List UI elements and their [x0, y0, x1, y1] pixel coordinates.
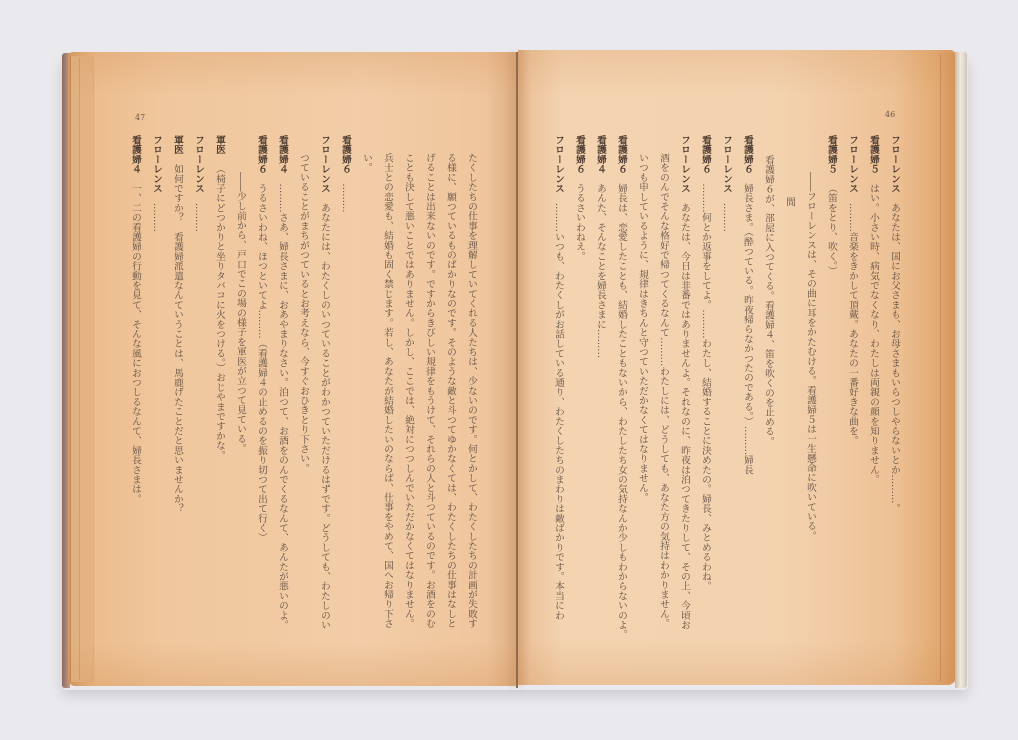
dialogue-text: うるさいわねえ。	[574, 184, 585, 262]
dialogue-text: ………	[721, 203, 732, 232]
dialogue-text: たくしたちの仕事を理解していてくれる人たちは、少ないのです。何とかして、わたくし…	[466, 153, 477, 628]
left-page-stack-edge	[70, 56, 94, 682]
script-line: フローレンス………いつも、わたくしがお話している通り、わたくしたちのまわりは敵ば…	[548, 135, 569, 655]
right-page-text: フローレンスあなたは、国にお父さまも、お母さまもいらつしやらないとか………。 看…	[548, 135, 905, 655]
script-line-continuation: たくしたちの仕事を理解していてくれる人たちは、少ないのです。何とかして、わたくし…	[461, 135, 482, 655]
dialogue-text: 婦長は、恋愛したことも、結婚したこともないから、わたしたち女の気持なんか少しもわ…	[616, 184, 627, 640]
dialogue-text: うるさいわね、ほつといてよ………（看護婦４の止めるのを振り切つて出て行く）	[256, 184, 267, 543]
speaker-label: フローレンス	[847, 135, 858, 193]
stage-direction: ――少し前から、戸口でこの場の様子を軍医が立つて見ている。	[230, 135, 251, 655]
dialogue-text: ………	[340, 184, 351, 213]
dialogue-text: （椅子にどつかりと坐りタバコに火をつける。）おじやまですかな。	[214, 164, 225, 460]
speaker-label: 看護婦４	[595, 135, 606, 174]
dialogue-text: ………何とか返事をしてよ。………わたし、結婚することに決めたの。婦長、みとめるわ…	[700, 184, 711, 591]
script-line: フローレンスあなたは、今日は非番ではありませんよ。それなのに、昨夜は泊つてきたり…	[674, 135, 695, 655]
script-line: 看護婦４あんた、そんなことを婦長さまに………	[590, 135, 611, 655]
speaker-label: フローレンス	[679, 135, 690, 193]
dialogue-text: る様に、願つているものばかりなのです。そのような敵と斗つてゆかなくては、わたくし…	[445, 153, 456, 628]
dialogue-text: 一、二の看護婦の行動を見て、そんな風におつしるなんて、婦長さまは。	[130, 184, 141, 504]
script-line: 看護婦６うるさいわねえ。	[569, 135, 590, 655]
speaker-label: 看護婦６	[700, 135, 711, 174]
dialogue-text: はい。小さい時、病気でなくなり、わたしは両親の顔を知りません。	[868, 184, 879, 485]
dialogue-text: ………	[151, 203, 162, 232]
dialogue-text: ………さあ、婦長さまに、おあやまりなさい。泊つて、お酒をのんでくるなんて、あんた…	[277, 184, 288, 630]
speaker-label: フローレンス	[721, 135, 732, 193]
script-line: フローレンスあなたは、国にお父さまも、お母さまもいらつしやらないとか………。	[884, 135, 905, 655]
page-number-left: 47	[135, 113, 145, 122]
script-line: 看護婦４………さあ、婦長さまに、おあやまりなさい。泊つて、お酒をのんでくるなんて…	[272, 135, 293, 655]
script-line: 看護婦６婦長は、恋愛したことも、結婚したこともないから、わたしたち女の気持なんか…	[611, 135, 632, 655]
stage-direction-text: ――フローレンスは、その曲に耳をかたむける。看護婦５は一生懸命に吹いている。	[805, 172, 816, 541]
speaker-label: フローレンス	[193, 135, 204, 193]
script-line: 軍医（椅子にどつかりと坐りタバコに火をつける。）おじやまですかな。	[209, 135, 230, 655]
dialogue-text: 兵士との恋愛も、結婚も固く禁じます。若し、あなたが結婚したいのならば、仕事をやめ…	[382, 153, 393, 628]
speaker-label: 看護婦４	[130, 135, 141, 174]
script-line: フローレンス………	[188, 135, 209, 655]
speaker-label: フローレンス	[553, 135, 564, 193]
speaker-label: 看護婦６	[256, 135, 267, 174]
speaker-label: 看護婦５	[868, 135, 879, 174]
script-line-continuation: 酒をのんでそんな格好で帰つてくるなんて………わたしには、どうしても、あなた方の気…	[653, 135, 674, 655]
stage-direction: 看護婦６が、部屋に入つてくる。看護婦４、笛を吹くのを止める。	[758, 135, 779, 655]
script-line: 看護婦５はい。小さい時、病気でなくなり、わたしは両親の顔を知りません。	[863, 135, 884, 655]
dialogue-text: 婦長さま。（酔つている。昨夜帰らなかつたのである。）………婦長	[742, 184, 753, 475]
dialogue-text: （笛をとり、吹く。）	[826, 184, 837, 276]
dialogue-text: ………音楽をきかして頂戴。あなたの一番好きな曲を。	[847, 203, 858, 445]
dialogue-text: つていることがまちがつているとお考えなら、今すぐおひきとり下さい。	[298, 153, 309, 473]
dialogue-text: あなたは、今日は非番ではありませんよ。それなのに、昨夜は泊つてきたりして、その上…	[679, 203, 690, 630]
dialogue-text: あなたには、わたくしのいつていることがわかつていただけるはずです。どうしても、わ…	[319, 203, 330, 630]
script-line-continuation: い。	[356, 135, 377, 655]
dialogue-text: ………いつも、わたくしがお話している通り、わたくしたちのまわりは敵ばかりです。本…	[553, 203, 564, 620]
dialogue-text: ことも決して悪いことではありません。しかし、ここでは、絶対につつしんでいただかな…	[403, 153, 414, 628]
left-page-stack-line	[79, 58, 80, 680]
dialogue-text: ………	[193, 203, 204, 232]
speaker-label: 軍医	[214, 135, 225, 154]
stage-direction-text: 看護婦６が、部屋に入つてくる。看護婦４、笛を吹くのを止める。	[763, 155, 774, 446]
script-line-continuation: げることは出来ないのです。ですからきびしい規律をもうけて、それらの人と斗つている…	[419, 135, 440, 655]
scene-pause: 間	[779, 135, 800, 655]
script-line: フローレンス………	[716, 135, 737, 655]
speaker-label: 看護婦６	[340, 135, 351, 174]
script-line: 看護婦４一、二の看護婦の行動を見て、そんな風におつしるなんて、婦長さまは。	[125, 135, 146, 655]
script-line-continuation: つていることがまちがつているとお考えなら、今すぐおひきとり下さい。	[293, 135, 314, 655]
speaker-label: フローレンス	[151, 135, 162, 193]
script-line-continuation: 兵士との恋愛も、結婚も固く禁じます。若し、あなたが結婚したいのならば、仕事をやめ…	[377, 135, 398, 655]
script-line: フローレンス………	[146, 135, 167, 655]
script-line: 看護婦５（笛をとり、吹く。）	[821, 135, 842, 655]
dialogue-text: 酒をのんでそんな格好で帰つてくるなんて………わたしには、どうしても、あなた方の気…	[658, 153, 669, 628]
speaker-label: 看護婦６	[574, 135, 585, 174]
stage-direction: ――フローレンスは、その曲に耳をかたむける。看護婦５は一生懸命に吹いている。	[800, 135, 821, 655]
speaker-label: 看護婦４	[277, 135, 288, 174]
book-spine-gutter	[516, 52, 518, 688]
dialogue-text: い。	[361, 153, 372, 172]
dialogue-text: 如何ですか？ 看護婦派遣なんていうことは、馬鹿げたことだと思いませんか？	[172, 164, 183, 513]
script-line-continuation: いつも申しているように、規律はきちんと守つていただかなくてはなりません。	[632, 135, 653, 655]
left-page-text: たくしたちの仕事を理解していてくれる人たちは、少ないのです。何とかして、わたくし…	[125, 135, 482, 655]
speaker-label: 軍医	[172, 135, 183, 154]
script-line: フローレンス………音楽をきかして頂戴。あなたの一番好きな曲を。	[842, 135, 863, 655]
speaker-label: 看護婦６	[742, 135, 753, 174]
script-line: 看護婦６………	[335, 135, 356, 655]
speaker-label: 看護婦５	[826, 135, 837, 174]
script-line: フローレンスあなたには、わたくしのいつていることがわかつていただけるはずです。ど…	[314, 135, 335, 655]
dialogue-text: いつも申しているように、規律はきちんと守つていただかなくてはなりません。	[637, 153, 648, 502]
script-line: 看護婦６………何とか返事をしてよ。………わたし、結婚することに決めたの。婦長、み…	[695, 135, 716, 655]
script-line-continuation: る様に、願つているものばかりなのです。そのような敵と斗つてゆかなくては、わたくし…	[440, 135, 461, 655]
script-line: 看護婦６うるさいわね、ほつといてよ………（看護婦４の止めるのを振り切つて出て行く…	[251, 135, 272, 655]
speaker-label: フローレンス	[319, 135, 330, 193]
dialogue-text: げることは出来ないのです。ですからきびしい規律をもうけて、それらの人と斗つている…	[424, 153, 435, 628]
script-line-continuation: ことも決して悪いことではありません。しかし、ここでは、絶対につつしんでいただかな…	[398, 135, 419, 655]
script-line: 軍医如何ですか？ 看護婦派遣なんていうことは、馬鹿げたことだと思いませんか？	[167, 135, 188, 655]
speaker-label: フローレンス	[889, 135, 900, 193]
stage-direction-text: ――少し前から、戸口でこの場の様子を軍医が立つて見ている。	[235, 172, 246, 453]
page-number-right: 46	[885, 110, 895, 119]
pause-text: 間	[784, 197, 795, 207]
dialogue-text: あんた、そんなことを婦長さまに………	[595, 184, 606, 359]
dialogue-text: あなたは、国にお父さまも、お母さまもいらつしやらないとか………。	[889, 203, 900, 513]
speaker-label: 看護婦６	[616, 135, 627, 174]
script-line: 看護婦６婦長さま。（酔つている。昨夜帰らなかつたのである。）………婦長	[737, 135, 758, 655]
book-cover-right-edge	[955, 52, 967, 688]
